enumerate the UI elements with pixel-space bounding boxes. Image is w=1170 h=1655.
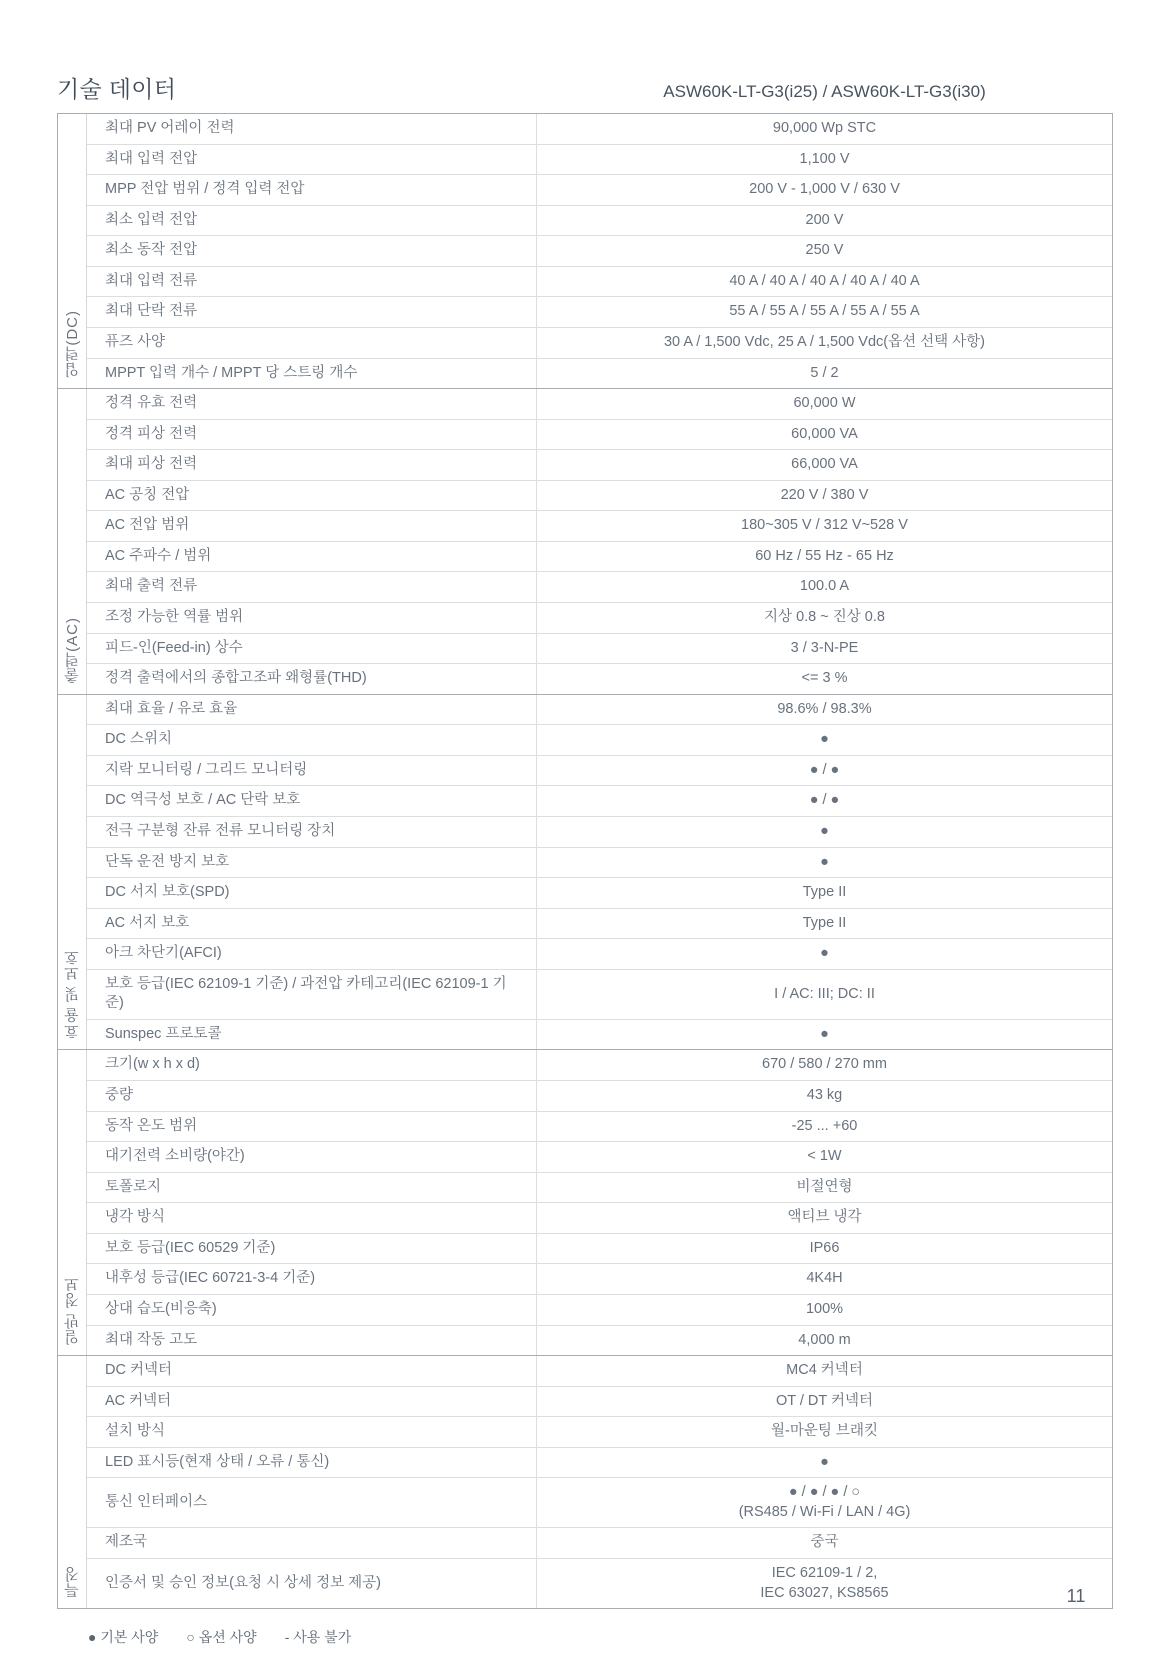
spec-label: 정격 출력에서의 종합고조파 왜형률(THD) [87,664,537,694]
spec-label: Sunspec 프로토콜 [87,1020,537,1050]
spec-label: 상대 습도(비응축) [87,1295,537,1325]
table-row: 동작 온도 범위-25 ... +60 [87,1112,1112,1143]
page-header: 기술 데이터 ASW60K-LT-G3(i25) / ASW60K-LT-G3(… [57,70,1113,113]
spec-value: 4,000 m [537,1326,1112,1356]
spec-label: MPP 전압 범위 / 정격 입력 전압 [87,175,537,205]
spec-label: 최대 입력 전류 [87,267,537,297]
spec-value: 98.6% / 98.3% [537,695,1112,725]
spec-value: 670 / 580 / 270 mm [537,1050,1112,1080]
table-row: 최대 작동 고도4,000 m [87,1326,1112,1356]
table-row: AC 서지 보호Type II [87,909,1112,940]
spec-value: Type II [537,878,1112,908]
section-group-strip: 특징 [58,1356,87,1608]
section-features: 특징DC 커넥터MC4 커넥터AC 커넥터OT / DT 커넥터설치 방식월-마… [58,1356,1112,1608]
table-row: DC 서지 보호(SPD)Type II [87,878,1112,909]
spec-value: 중국 [537,1528,1112,1558]
spec-label: 정격 피상 전력 [87,420,537,450]
spec-value: 180~305 V / 312 V~528 V [537,511,1112,541]
datasheet-page: 기술 데이터 ASW60K-LT-G3(i25) / ASW60K-LT-G3(… [0,0,1170,1655]
spec-value: 220 V / 380 V [537,481,1112,511]
spec-value: 100% [537,1295,1112,1325]
page-title: 기술 데이터 [57,71,176,104]
spec-label: 인증서 및 승인 정보(요청 시 상세 정보 제공) [87,1559,537,1608]
spec-value: 250 V [537,236,1112,266]
table-row: DC 스위치● [87,725,1112,756]
spec-label: 최소 입력 전압 [87,206,537,236]
spec-value: 비절연형 [537,1173,1112,1203]
table-row: MPP 전압 범위 / 정격 입력 전압200 V - 1,000 V / 63… [87,175,1112,206]
spec-value: 200 V - 1,000 V / 630 V [537,175,1112,205]
table-row: 통신 인터페이스● / ● / ● / ○ (RS485 / Wi-Fi / L… [87,1478,1112,1528]
spec-value: I / AC: III; DC: II [537,970,1112,1019]
spec-value: 60,000 VA [537,420,1112,450]
spec-label: 정격 유효 전력 [87,389,537,419]
spec-label: 아크 차단기(AFCI) [87,939,537,969]
spec-label: AC 서지 보호 [87,909,537,939]
spec-label: 제조국 [87,1528,537,1558]
spec-label: 최대 PV 어레이 전력 [87,114,537,144]
spec-value: ● [537,725,1112,755]
spec-label: 최대 작동 고도 [87,1326,537,1356]
spec-value: 66,000 VA [537,450,1112,480]
page-number: 11 [1056,1586,1096,1607]
table-row: 설치 방식월-마운팅 브래킷 [87,1417,1112,1448]
spec-value: 90,000 Wp STC [537,114,1112,144]
spec-label: 동작 온도 범위 [87,1112,537,1142]
spec-value: <= 3 % [537,664,1112,694]
section-rows: 정격 유효 전력60,000 W정격 피상 전력60,000 VA최대 피상 전… [87,389,1112,694]
table-row: 퓨즈 사양30 A / 1,500 Vdc, 25 A / 1,500 Vdc(… [87,328,1112,359]
table-row: 전극 구분형 잔류 전류 모니터링 장치● [87,817,1112,848]
spec-value: 5 / 2 [537,359,1112,389]
spec-value: 30 A / 1,500 Vdc, 25 A / 1,500 Vdc(옵션 선택… [537,328,1112,358]
section-group-label: 입력(DC) [65,310,80,378]
table-row: 보호 등급(IEC 62109-1 기준) / 과전압 카테고리(IEC 621… [87,970,1112,1020]
table-row: 아크 차단기(AFCI)● [87,939,1112,970]
spec-label: 전극 구분형 잔류 전류 모니터링 장치 [87,817,537,847]
spec-label: AC 주파수 / 범위 [87,542,537,572]
section-group-strip: 효율 및 보호 [58,695,87,1050]
spec-label: 최대 단락 전류 [87,297,537,327]
spec-label: 최소 동작 전압 [87,236,537,266]
legend-item: - 사용 불가 [285,1627,352,1647]
table-row: 최대 출력 전류100.0 A [87,572,1112,603]
spec-label: 보호 등급(IEC 62109-1 기준) / 과전압 카테고리(IEC 621… [87,970,537,1019]
table-row: 중량43 kg [87,1081,1112,1112]
table-row: 정격 출력에서의 종합고조파 왜형률(THD)<= 3 % [87,664,1112,694]
spec-label: AC 전압 범위 [87,511,537,541]
section-rows: 크기(w x h x d)670 / 580 / 270 mm중량43 kg동작… [87,1050,1112,1355]
spec-value: Type II [537,909,1112,939]
spec-value: 지상 0.8 ~ 진상 0.8 [537,603,1112,633]
table-row: 냉각 방식액티브 냉각 [87,1203,1112,1234]
legend: ● 기본 사양○ 옵션 사양- 사용 불가 [57,1627,1113,1647]
spec-value: < 1W [537,1142,1112,1172]
section-general-info: 일반 정보크기(w x h x d)670 / 580 / 270 mm중량43… [58,1050,1112,1356]
table-row: 최대 PV 어레이 전력90,000 Wp STC [87,114,1112,145]
spec-label: DC 커넥터 [87,1356,537,1386]
section-group-label: 일반 정보 [65,1276,80,1345]
spec-value: 60 Hz / 55 Hz - 65 Hz [537,542,1112,572]
table-row: AC 전압 범위180~305 V / 312 V~528 V [87,511,1112,542]
table-row: 최대 입력 전류40 A / 40 A / 40 A / 40 A / 40 A [87,267,1112,298]
section-group-strip: 일반 정보 [58,1050,87,1355]
legend-item: ● 기본 사양 [88,1627,158,1647]
spec-value: -25 ... +60 [537,1112,1112,1142]
table-row: MPPT 입력 개수 / MPPT 당 스트링 개수5 / 2 [87,359,1112,389]
table-row: 크기(w x h x d)670 / 580 / 270 mm [87,1050,1112,1081]
table-row: AC 커넥터OT / DT 커넥터 [87,1387,1112,1418]
table-row: DC 커넥터MC4 커넥터 [87,1356,1112,1387]
spec-value: ● [537,1020,1112,1050]
spec-value: ● [537,939,1112,969]
section-rows: 최대 효율 / 유로 효율98.6% / 98.3%DC 스위치●지락 모니터링… [87,695,1112,1050]
table-row: Sunspec 프로토콜● [87,1020,1112,1050]
spec-value: 40 A / 40 A / 40 A / 40 A / 40 A [537,267,1112,297]
spec-label: 중량 [87,1081,537,1111]
section-group-strip: 입력(DC) [58,114,87,388]
spec-value: IP66 [537,1234,1112,1264]
spec-value: IEC 62109-1 / 2, IEC 63027, KS8565 [537,1559,1112,1608]
spec-label: 보호 등급(IEC 60529 기준) [87,1234,537,1264]
spec-value: 200 V [537,206,1112,236]
spec-label: LED 표시등(현재 상태 / 오류 / 통신) [87,1448,537,1478]
table-row: AC 주파수 / 범위60 Hz / 55 Hz - 65 Hz [87,542,1112,573]
model-names: ASW60K-LT-G3(i25) / ASW60K-LT-G3(i30) [536,82,1113,102]
spec-label: 최대 출력 전류 [87,572,537,602]
table-row: 최대 피상 전력66,000 VA [87,450,1112,481]
section-rows: 최대 PV 어레이 전력90,000 Wp STC최대 입력 전압1,100 V… [87,114,1112,388]
spec-label: 지락 모니터링 / 그리드 모니터링 [87,756,537,786]
section-group-label: 효율 및 보호 [65,949,80,1039]
spec-label: AC 커넥터 [87,1387,537,1417]
spec-label: 토폴로지 [87,1173,537,1203]
spec-label: AC 공칭 전압 [87,481,537,511]
table-row: AC 공칭 전압220 V / 380 V [87,481,1112,512]
table-row: 최소 입력 전압200 V [87,206,1112,237]
section-rows: DC 커넥터MC4 커넥터AC 커넥터OT / DT 커넥터설치 방식월-마운팅… [87,1356,1112,1608]
spec-label: 퓨즈 사양 [87,328,537,358]
table-row: 지락 모니터링 / 그리드 모니터링● / ● [87,756,1112,787]
spec-value: 43 kg [537,1081,1112,1111]
spec-value: ● / ● [537,786,1112,816]
spec-value: 1,100 V [537,145,1112,175]
table-row: 최대 단락 전류55 A / 55 A / 55 A / 55 A / 55 A [87,297,1112,328]
spec-value: ● [537,817,1112,847]
spec-value: 60,000 W [537,389,1112,419]
spec-value: ● / ● [537,756,1112,786]
table-row: 최대 효율 / 유로 효율98.6% / 98.3% [87,695,1112,726]
spec-value: 3 / 3-N-PE [537,634,1112,664]
section-input-dc: 입력(DC)최대 PV 어레이 전력90,000 Wp STC최대 입력 전압1… [58,114,1112,389]
table-row: 최소 동작 전압250 V [87,236,1112,267]
spec-label: 조정 가능한 역률 범위 [87,603,537,633]
table-row: 최대 입력 전압1,100 V [87,145,1112,176]
section-output-ac: 출력(AC)정격 유효 전력60,000 W정격 피상 전력60,000 VA최… [58,389,1112,695]
spec-label: 피드-인(Feed-in) 상수 [87,634,537,664]
spec-value: ● [537,848,1112,878]
table-row: 내후성 등급(IEC 60721-3-4 기준)4K4H [87,1264,1112,1295]
section-efficiency-protection: 효율 및 보호최대 효율 / 유로 효율98.6% / 98.3%DC 스위치●… [58,695,1112,1051]
spec-value: ● / ● / ● / ○ (RS485 / Wi-Fi / LAN / 4G) [537,1478,1112,1527]
spec-label: 최대 입력 전압 [87,145,537,175]
spec-label: 통신 인터페이스 [87,1478,537,1527]
section-group-label: 출력(AC) [65,617,80,684]
spec-label: 내후성 등급(IEC 60721-3-4 기준) [87,1264,537,1294]
table-row: LED 표시등(현재 상태 / 오류 / 통신)● [87,1448,1112,1479]
spec-label: 설치 방식 [87,1417,537,1447]
spec-value: 4K4H [537,1264,1112,1294]
table-row: 보호 등급(IEC 60529 기준)IP66 [87,1234,1112,1265]
table-row: 정격 유효 전력60,000 W [87,389,1112,420]
spec-label: 단독 운전 방지 보호 [87,848,537,878]
table-row: 단독 운전 방지 보호● [87,848,1112,879]
table-row: 대기전력 소비량(야간)< 1W [87,1142,1112,1173]
legend-item: ○ 옵션 사양 [186,1627,256,1647]
table-row: 제조국중국 [87,1528,1112,1559]
spec-table: 입력(DC)최대 PV 어레이 전력90,000 Wp STC최대 입력 전압1… [57,113,1113,1609]
spec-label: 냉각 방식 [87,1203,537,1233]
spec-label: 최대 효율 / 유로 효율 [87,695,537,725]
spec-value: MC4 커넥터 [537,1356,1112,1386]
spec-label: MPPT 입력 개수 / MPPT 당 스트링 개수 [87,359,537,389]
table-row: 정격 피상 전력60,000 VA [87,420,1112,451]
spec-value: OT / DT 커넥터 [537,1387,1112,1417]
spec-value: 액티브 냉각 [537,1203,1112,1233]
section-group-label: 특징 [65,1566,80,1598]
spec-label: DC 서지 보호(SPD) [87,878,537,908]
spec-label: 크기(w x h x d) [87,1050,537,1080]
spec-value: 55 A / 55 A / 55 A / 55 A / 55 A [537,297,1112,327]
table-row: 토폴로지비절연형 [87,1173,1112,1204]
spec-label: DC 역극성 보호 / AC 단락 보호 [87,786,537,816]
spec-label: 최대 피상 전력 [87,450,537,480]
table-row: 조정 가능한 역률 범위지상 0.8 ~ 진상 0.8 [87,603,1112,634]
spec-label: DC 스위치 [87,725,537,755]
spec-label: 대기전력 소비량(야간) [87,1142,537,1172]
spec-value: ● [537,1448,1112,1478]
table-row: 상대 습도(비응축)100% [87,1295,1112,1326]
table-row: 인증서 및 승인 정보(요청 시 상세 정보 제공)IEC 62109-1 / … [87,1559,1112,1608]
table-row: DC 역극성 보호 / AC 단락 보호● / ● [87,786,1112,817]
spec-value: 월-마운팅 브래킷 [537,1417,1112,1447]
section-group-strip: 출력(AC) [58,389,87,694]
page-content: 기술 데이터 ASW60K-LT-G3(i25) / ASW60K-LT-G3(… [57,70,1113,1647]
spec-value: 100.0 A [537,572,1112,602]
table-row: 피드-인(Feed-in) 상수3 / 3-N-PE [87,634,1112,665]
